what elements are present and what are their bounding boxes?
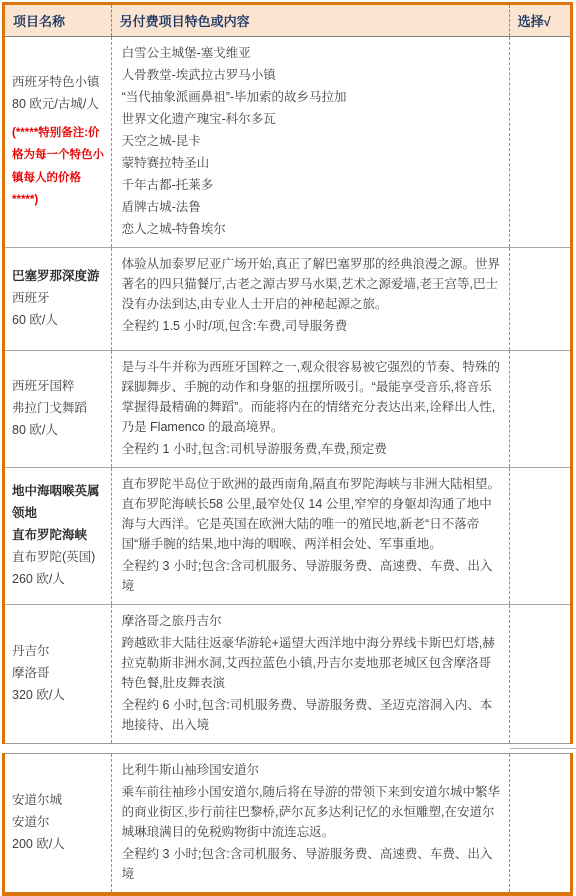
project-name-line: 摩洛哥 xyxy=(12,663,107,685)
feature-line: 比利牛斯山袖珍国安道尔 xyxy=(122,760,501,780)
project-name-line: 安道尔城 xyxy=(12,790,107,812)
select-cell[interactable] xyxy=(509,351,571,468)
project-name-cell: 丹吉尔摩洛哥320 欧/人 xyxy=(4,605,112,744)
features-cell: 摩洛哥之旅丹吉尔跨越欧非大陆往返豪华游轮+遥望大西洋地中海分界线卡斯巴灯塔,赫拉… xyxy=(111,605,509,744)
feature-line: 千年古都-托莱多 xyxy=(122,175,501,195)
feature-line: 直布罗陀半岛位于欧洲的最西南角,隔直布罗陀海峡与非洲大陆相望。直布罗陀海峡长58… xyxy=(122,474,501,554)
project-name-cell: 西班牙特色小镇80 欧元/古城/人(*****特别备注:价格为每一个特色小镇每人… xyxy=(4,37,112,248)
tour-options-table: 项目名称 另付费项目特色或内容 选择√ 西班牙特色小镇80 欧元/古城/人(**… xyxy=(2,2,573,744)
project-name-cell: 安道尔城安道尔200 欧/人 xyxy=(4,754,112,895)
feature-line: 恋人之城-特鲁埃尔 xyxy=(122,219,501,239)
project-name-line: 弗拉门戈舞蹈 xyxy=(12,398,107,420)
andorra-table: 安道尔城安道尔200 欧/人比利牛斯山袖珍国安道尔乘车前往袖珍小国安道尔,随后将… xyxy=(2,753,573,896)
feature-line: 跨越欧非大陆往返豪华游轮+遥望大西洋地中海分界线卡斯巴灯塔,赫拉克勒斯非洲水洞,… xyxy=(122,633,501,693)
feature-line: 天空之城-昆卡 xyxy=(122,131,501,151)
feature-line: 盾牌古城-法鲁 xyxy=(122,197,501,217)
table-row: 西班牙国粹弗拉门戈舞蹈80 欧/人是与斗牛并称为西班牙国粹之一,观众很容易被它强… xyxy=(4,351,572,468)
select-cell[interactable] xyxy=(509,605,571,744)
table-row: 西班牙特色小镇80 欧元/古城/人(*****特别备注:价格为每一个特色小镇每人… xyxy=(4,37,572,248)
feature-line: 摩洛哥之旅丹吉尔 xyxy=(122,611,501,631)
feature-line: 全程约 1.5 小时/项,包含:车费,司导服务费 xyxy=(122,316,501,336)
project-name-line: 直布罗陀海峡 xyxy=(12,525,107,547)
feature-line: 全程约 6 小时,包含:司机服务费、导游服务费、圣迈克溶洞入内、本地接待、出入境 xyxy=(122,695,501,735)
table-gap xyxy=(0,744,576,753)
feature-line: 蒙特赛拉特圣山 xyxy=(122,153,501,173)
table-resize-handle xyxy=(510,748,576,749)
project-name-line: 安道尔 xyxy=(12,812,107,834)
project-name-cell: 地中海咽喉英属领地直布罗陀海峡直布罗陀(英国)260 欧/人 xyxy=(4,468,112,605)
table-row: 地中海咽喉英属领地直布罗陀海峡直布罗陀(英国)260 欧/人直布罗陀半岛位于欧洲… xyxy=(4,468,572,605)
features-cell: 是与斗牛并称为西班牙国粹之一,观众很容易被它强烈的节奏、特殊的踩脚舞步、手腕的动… xyxy=(111,351,509,468)
features-cell: 比利牛斯山袖珍国安道尔乘车前往袖珍小国安道尔,随后将在导游的带领下来到安道尔城中… xyxy=(111,754,509,895)
table-header-row: 项目名称 另付费项目特色或内容 选择√ xyxy=(4,4,572,37)
table-row: 安道尔城安道尔200 欧/人比利牛斯山袖珍国安道尔乘车前往袖珍小国安道尔,随后将… xyxy=(4,754,572,895)
table-row: 巴塞罗那深度游西班牙60 欧/人体验从加泰罗尼亚广场开始,真正了解巴塞罗那的经典… xyxy=(4,248,572,351)
feature-line: 全程约 3 小时;包含:含司机服务、导游服务费、高速费、车费、出入境 xyxy=(122,844,501,884)
feature-line: 全程约 1 小时,包含:司机导游服务费,车费,预定费 xyxy=(122,439,501,459)
table-row: 丹吉尔摩洛哥320 欧/人摩洛哥之旅丹吉尔跨越欧非大陆往返豪华游轮+遥望大西洋地… xyxy=(4,605,572,744)
project-name-cell: 西班牙国粹弗拉门戈舞蹈80 欧/人 xyxy=(4,351,112,468)
project-name-line: 巴塞罗那深度游 xyxy=(12,266,107,288)
tour-extras-document: 项目名称 另付费项目特色或内容 选择√ 西班牙特色小镇80 欧元/古城/人(**… xyxy=(0,0,576,896)
select-cell[interactable] xyxy=(509,248,571,351)
feature-line: 体验从加泰罗尼亚广场开始,真正了解巴塞罗那的经典浪漫之源。世界著名的四只猫餐厅,… xyxy=(122,254,501,314)
header-project-name: 项目名称 xyxy=(4,4,112,37)
project-name-line: 60 欧/人 xyxy=(12,310,107,332)
project-name-line: 直布罗陀(英国) xyxy=(12,547,107,569)
feature-line: “当代抽象派画鼻祖”-毕加索的故乡马拉加 xyxy=(122,87,501,107)
select-cell[interactable] xyxy=(509,468,571,605)
feature-line: 是与斗牛并称为西班牙国粹之一,观众很容易被它强烈的节奏、特殊的踩脚舞步、手腕的动… xyxy=(122,357,501,437)
features-cell: 白雪公主城堡-塞戈维亚人骨教堂-埃武拉古罗马小镇“当代抽象派画鼻祖”-毕加索的故… xyxy=(111,37,509,248)
header-select: 选择√ xyxy=(509,4,571,37)
project-name-line: 地中海咽喉英属领地 xyxy=(12,481,107,525)
features-cell: 体验从加泰罗尼亚广场开始,真正了解巴塞罗那的经典浪漫之源。世界著名的四只猫餐厅,… xyxy=(111,248,509,351)
feature-line: 白雪公主城堡-塞戈维亚 xyxy=(122,43,501,63)
feature-line: 世界文化遗产瑰宝-科尔多瓦 xyxy=(122,109,501,129)
feature-line: 乘车前往袖珍小国安道尔,随后将在导游的带领下来到安道尔城中繁华的商业街区,步行前… xyxy=(122,782,501,842)
price-note: (*****特别备注:价格为每一个特色小镇每人的价格*****) xyxy=(12,122,107,212)
project-name-line: 西班牙 xyxy=(12,288,107,310)
project-name-line: 80 欧/人 xyxy=(12,420,107,442)
select-cell[interactable] xyxy=(509,754,571,895)
project-name-line: 西班牙国粹 xyxy=(12,376,107,398)
header-paid-features: 另付费项目特色或内容 xyxy=(111,4,509,37)
project-name-line: 200 欧/人 xyxy=(12,834,107,856)
project-name-line: 260 欧/人 xyxy=(12,569,107,591)
select-cell[interactable] xyxy=(509,37,571,248)
feature-line: 全程约 3 小时;包含:含司机服务、导游服务费、高速费、车费、出入境 xyxy=(122,556,501,596)
project-name-line: 320 欧/人 xyxy=(12,685,107,707)
project-name-line: 西班牙特色小镇 xyxy=(12,72,107,94)
feature-line: 人骨教堂-埃武拉古罗马小镇 xyxy=(122,65,501,85)
project-name-line: 80 欧元/古城/人 xyxy=(12,94,107,116)
features-cell: 直布罗陀半岛位于欧洲的最西南角,隔直布罗陀海峡与非洲大陆相望。直布罗陀海峡长58… xyxy=(111,468,509,605)
project-name-line: 丹吉尔 xyxy=(12,641,107,663)
project-name-cell: 巴塞罗那深度游西班牙60 欧/人 xyxy=(4,248,112,351)
